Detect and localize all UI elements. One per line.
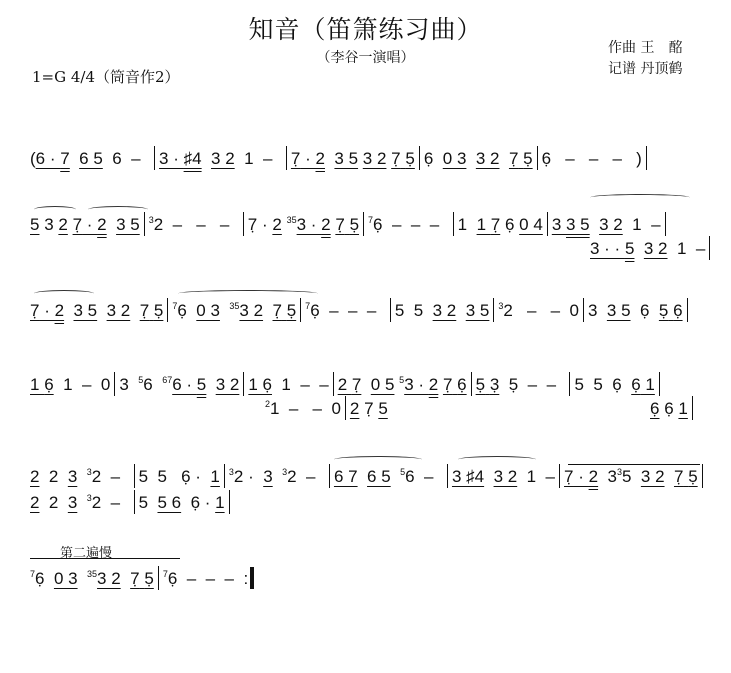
composer-line: 作曲 王 酩 bbox=[608, 38, 682, 59]
score-system-1: (6 · 7 6 5 6 – 3 · ♯4 3 2 1 – 7 · 2 3 5 … bbox=[30, 146, 651, 170]
score-system-6: 76 0 3 353 2 7 576 – – – : bbox=[30, 566, 254, 590]
transcriber-line: 记谱 丹顶鹤 bbox=[608, 59, 682, 80]
score-system-2-alt: 3 · · 5 3 2 1 – bbox=[590, 236, 714, 260]
score-system-5-alt: 2 2 3 32 – 5 5 6 6 · 1 bbox=[30, 490, 234, 514]
score-system-2: 5 3 2 7 · 2 3 532 – – – 7 · 2 353 · 2 7 … bbox=[30, 212, 670, 236]
credits: 作曲 王 酩 记谱 丹顶鹤 bbox=[608, 38, 682, 80]
score-system-4-alt2: 6 6 1 bbox=[650, 396, 697, 420]
score-system-4-alt: 21 – – 02 7 5 bbox=[265, 396, 388, 420]
score-system-4: 1 6 1 – 03 56 676 · 5 3 21 6 1 – –2 7 0 … bbox=[30, 372, 664, 396]
score-system-3: 7 · 2 3 5 3 2 7 576 0 3 353 2 7 576 – – … bbox=[30, 298, 692, 322]
score-system-5: 2 2 3 32 – 5 5 6 · 132 · 3 32 – 6 7 6 5 … bbox=[30, 464, 707, 488]
key-signature: 1=G 4/4（筒音作2） bbox=[32, 66, 180, 87]
volta-line bbox=[30, 558, 180, 559]
